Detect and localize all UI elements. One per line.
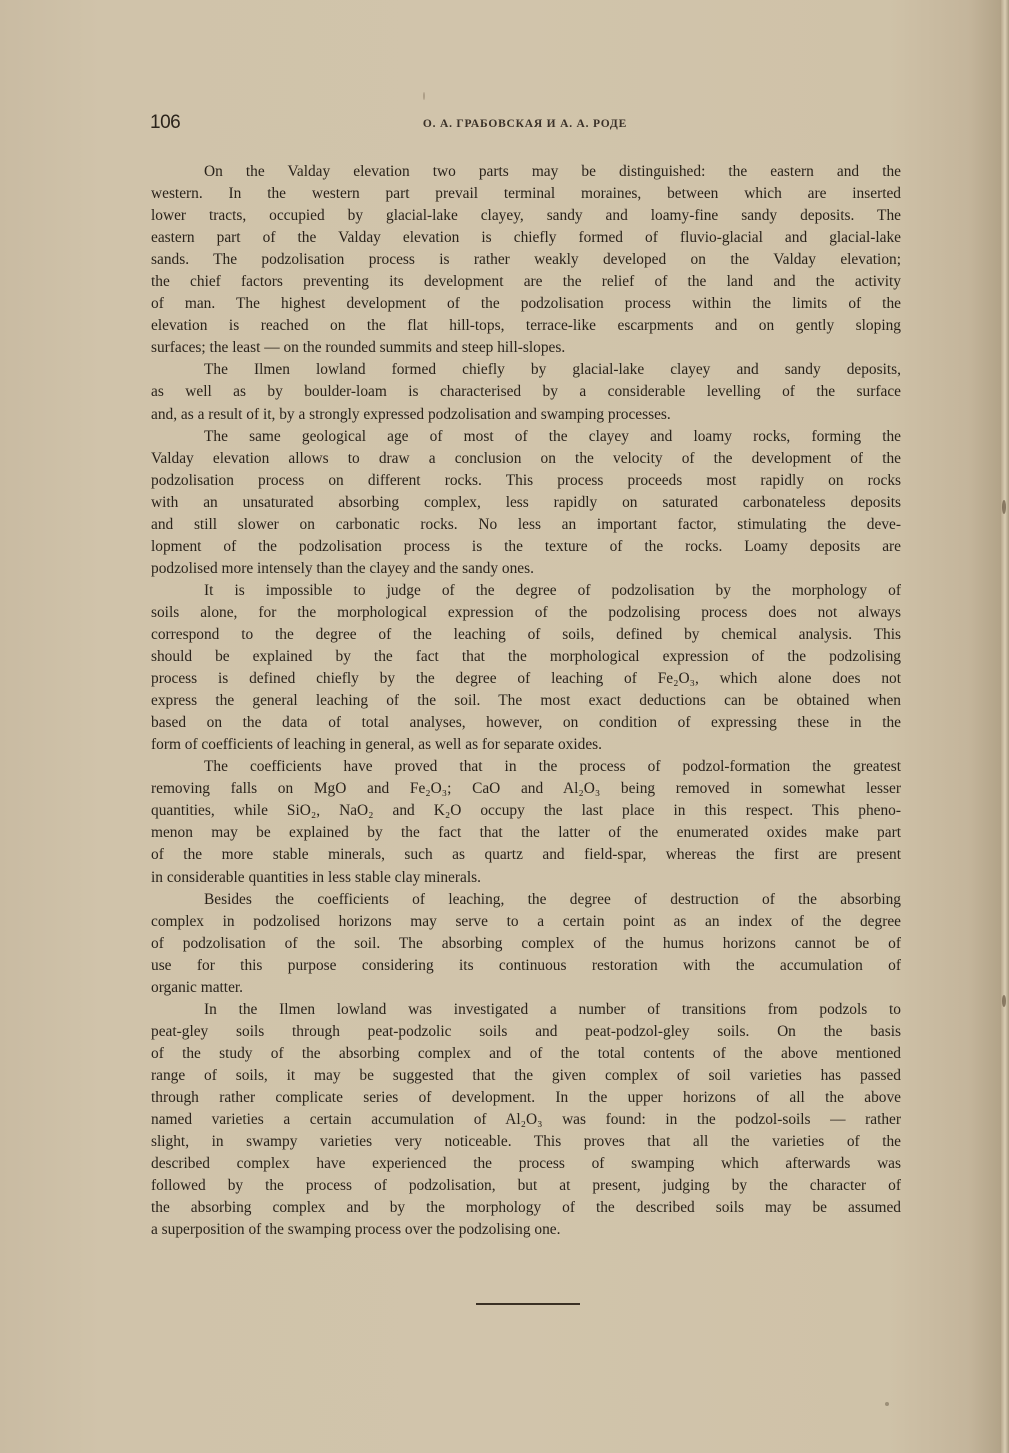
text-line: Valday elevation allows to draw a conclu… (151, 448, 901, 470)
text-line: of man. The highest development of the p… (151, 293, 901, 315)
text-line: of the study of the absorbing complex an… (151, 1043, 901, 1065)
text-line: In the Ilmen lowland was investigated a … (151, 999, 901, 1021)
end-rule (476, 1303, 580, 1305)
text-line: process is defined chiefly by the degree… (151, 668, 901, 690)
text-line: through rather complicate series of deve… (151, 1087, 901, 1109)
body-text: On the Valday elevation two parts may be… (151, 161, 901, 1241)
text-line: sands. The podzolisation process is rath… (151, 249, 901, 271)
scan-speck (423, 92, 425, 100)
text-line: based on the data of total analyses, how… (151, 712, 901, 734)
text-line: slight, in swampy varieties very noticea… (151, 1131, 901, 1153)
text-line: Besides the coefficients of leaching, th… (151, 889, 901, 911)
text-line: complex in podzolised horizons may serve… (151, 911, 901, 933)
text-line: range of soils, it may be suggested that… (151, 1065, 901, 1087)
text-line: removing falls on MgO and Fe₂O₃; CaO and… (151, 778, 901, 800)
text-line: correspond to the degree of the leaching… (151, 624, 901, 646)
text-line: soils alone, for the morphological expre… (151, 602, 901, 624)
paragraph: The same geological age of most of the c… (151, 426, 901, 580)
text-line: The Ilmen lowland formed chiefly by glac… (151, 359, 901, 381)
scan-speck (1002, 500, 1006, 514)
text-line: eastern part of the Valday elevation is … (151, 227, 901, 249)
text-line: a superposition of the swamping process … (151, 1219, 901, 1241)
paragraph: The Ilmen lowland formed chiefly by glac… (151, 359, 901, 425)
text-line: peat-gley soils through peat-podzolic so… (151, 1021, 901, 1043)
text-line: of the more stable minerals, such as qua… (151, 844, 901, 866)
paragraph: It is impossible to judge of the degree … (151, 580, 901, 756)
text-line: western. In the western part prevail ter… (151, 183, 901, 205)
text-line: should be explained by the fact that the… (151, 646, 901, 668)
text-line: the chief factors preventing its develop… (151, 271, 901, 293)
text-line: express the general leaching of the soil… (151, 690, 901, 712)
paragraph: In the Ilmen lowland was investigated a … (151, 999, 901, 1242)
running-head: О. А. ГРАБОВСКАЯ И А. А. РОДЕ (150, 118, 900, 130)
text-line: The same geological age of most of the c… (151, 426, 901, 448)
page-edge (1001, 0, 1009, 1453)
text-line: It is impossible to judge of the degree … (151, 580, 901, 602)
text-line: with an unsaturated absorbing complex, l… (151, 492, 901, 514)
text-line: podzolised more intensely than the claye… (151, 558, 901, 580)
text-line: and, as a result of it, by a strongly ex… (151, 404, 901, 426)
text-line: lower tracts, occupied by glacial-lake c… (151, 205, 901, 227)
text-line: described complex have experienced the p… (151, 1153, 901, 1175)
text-line: On the Valday elevation two parts may be… (151, 161, 901, 183)
text-line: in considerable quantities in less stabl… (151, 867, 901, 889)
page-header: 106 О. А. ГРАБОВСКАЯ И А. А. РОДЕ (150, 112, 900, 138)
scan-speck (1002, 995, 1006, 1007)
text-line: elevation is reached on the flat hill-to… (151, 315, 901, 337)
paragraph: The coefficients have proved that in the… (151, 756, 901, 888)
scanned-page: 106 О. А. ГРАБОВСКАЯ И А. А. РОДЕ On the… (0, 0, 1009, 1453)
scan-speck (885, 1402, 889, 1406)
text-line: organic matter. (151, 977, 901, 999)
text-line: and still slower on carbonatic rocks. No… (151, 514, 901, 536)
text-line: of podzolisation of the soil. The absorb… (151, 933, 901, 955)
text-line: form of coefficients of leaching in gene… (151, 734, 901, 756)
text-line: the absorbing complex and by the morphol… (151, 1197, 901, 1219)
text-line: use for this purpose considering its con… (151, 955, 901, 977)
text-line: The coefficients have proved that in the… (151, 756, 901, 778)
text-line: surfaces; the least — on the rounded sum… (151, 337, 901, 359)
text-line: quantities, while SiO₂, NaO₂ and K₂O occ… (151, 800, 901, 822)
text-line: named varieties a certain accumulation o… (151, 1109, 901, 1131)
text-line: followed by the process of podzolisation… (151, 1175, 901, 1197)
paragraph: On the Valday elevation two parts may be… (151, 161, 901, 359)
text-line: as well as by boulder-loam is characteri… (151, 381, 901, 403)
text-line: menon may be explained by the fact that … (151, 822, 901, 844)
text-line: podzolisation process on different rocks… (151, 470, 901, 492)
text-line: lopment of the podzolisation process is … (151, 536, 901, 558)
paragraph: Besides the coefficients of leaching, th… (151, 889, 901, 999)
